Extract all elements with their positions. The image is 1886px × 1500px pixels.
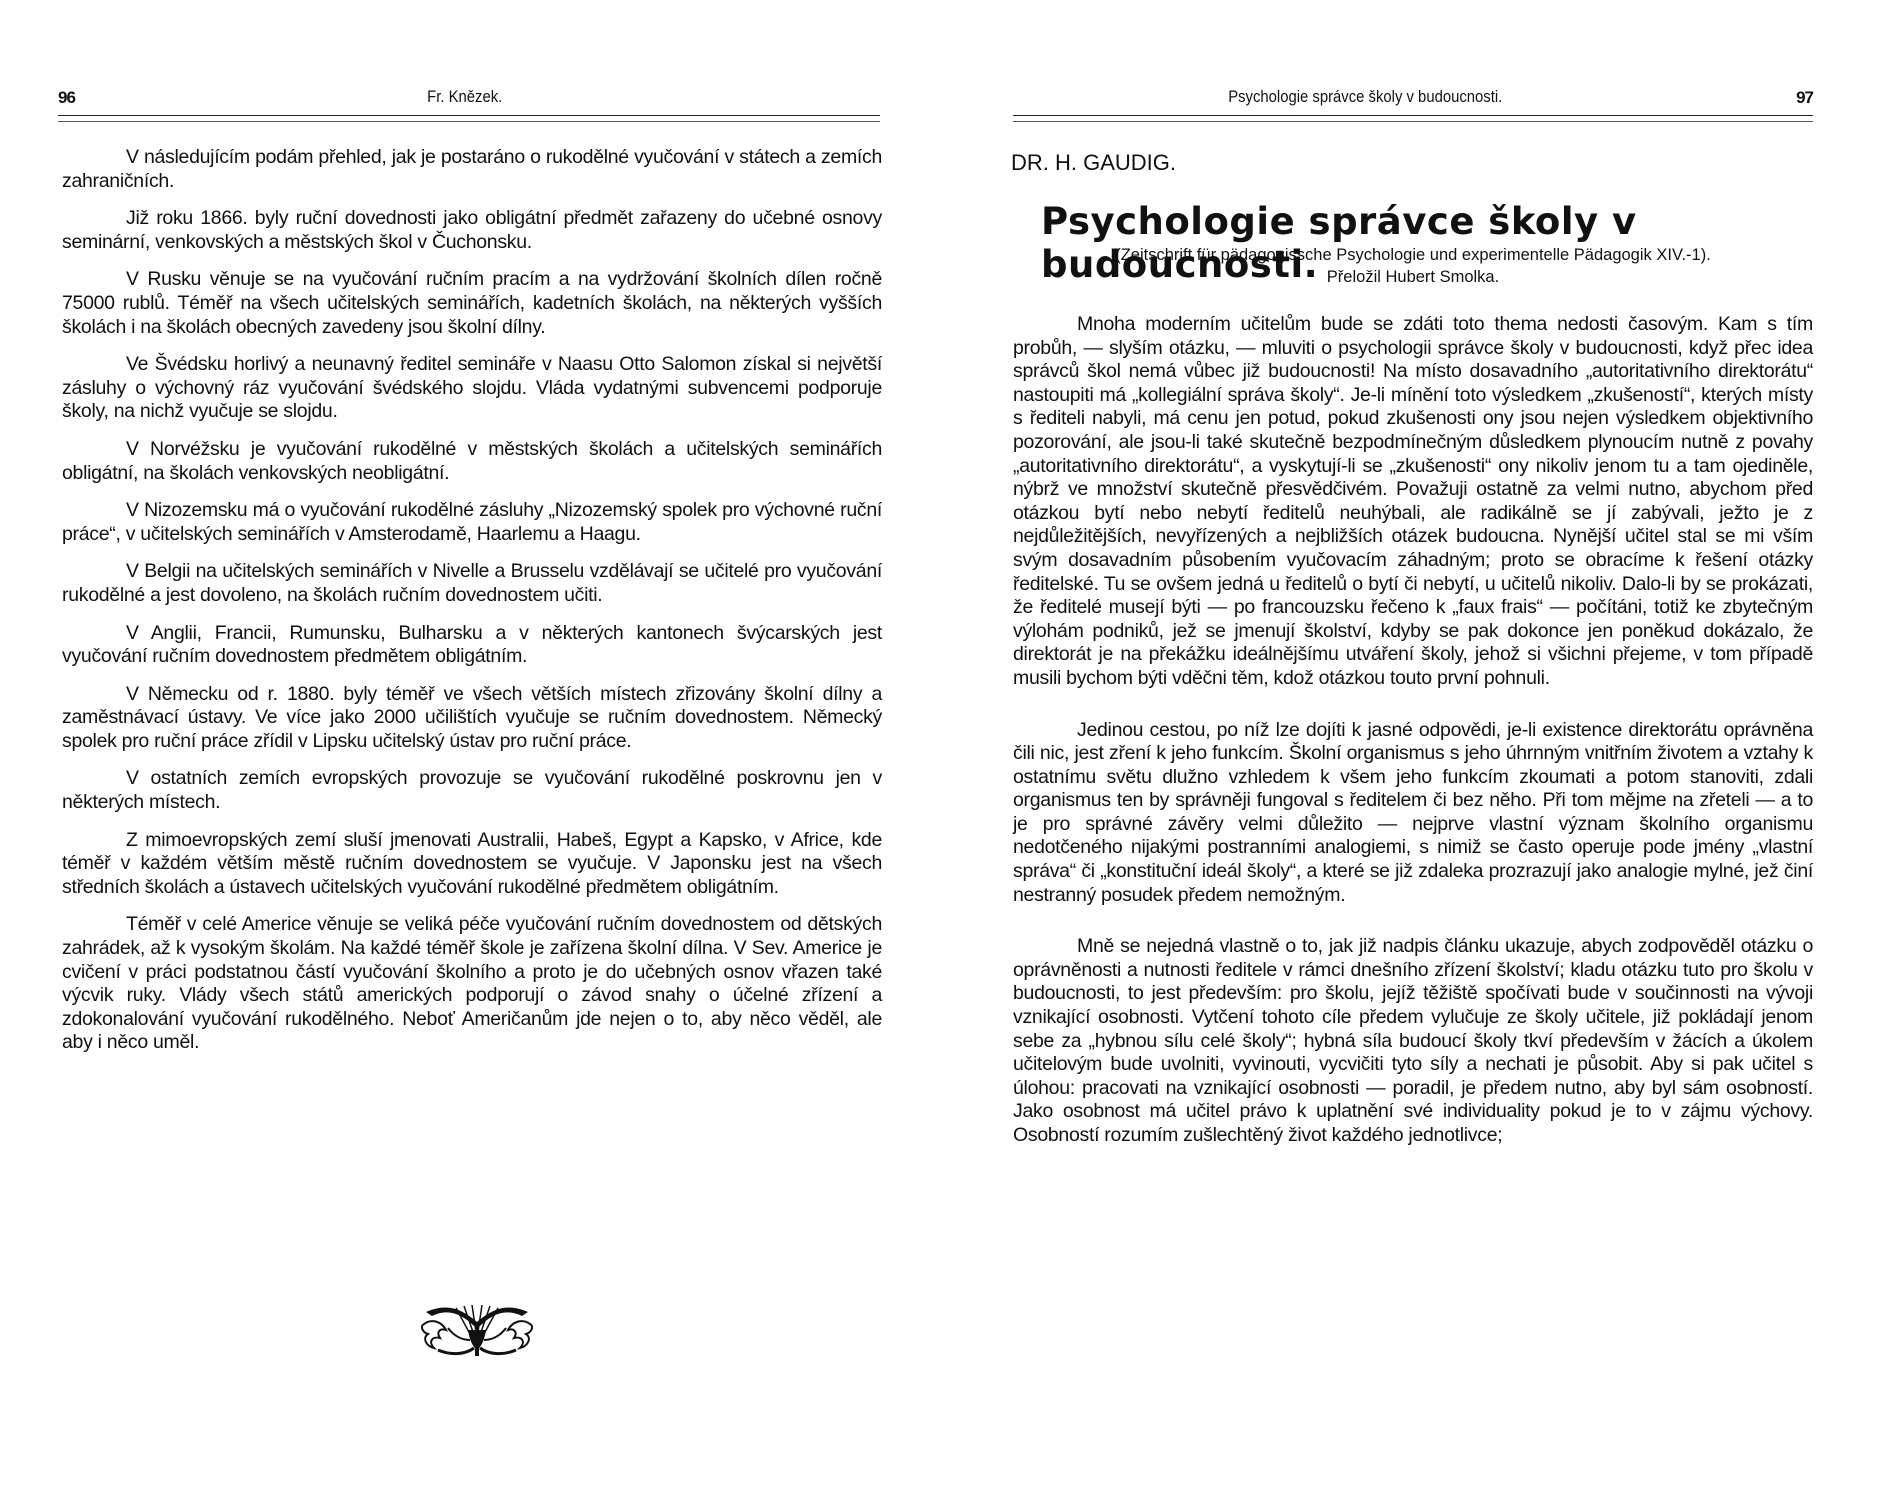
- running-head: Psychologie správce školy v budoucnosti.…: [1013, 88, 1813, 112]
- paragraph: Mně se nejedná vlastně o to, jak již nad…: [1013, 935, 1813, 1147]
- left-page: 96 Fr. Knězek. V následujícím podám přeh…: [0, 0, 943, 1500]
- paragraph: Z mimoevropských zemí sluší jmenovati Au…: [62, 829, 882, 900]
- floral-ornament-icon: [418, 1300, 536, 1362]
- paragraph: V Belgii na učitelských seminářích v Niv…: [62, 560, 882, 607]
- paragraph: V Nizozemsku má o vyučování rukodělné zá…: [62, 499, 882, 546]
- paragraph: V Anglii, Francii, Rumunsku, Bulharsku a…: [62, 622, 882, 669]
- paragraph: V ostatních zemích evropských provozuje …: [62, 767, 882, 814]
- paragraph: Téměř v celé Americe věnuje se veliká pé…: [62, 913, 882, 1055]
- translator-credit: Přeložil Hubert Smolka.: [1043, 268, 1783, 287]
- page-number: 96: [58, 88, 75, 108]
- header-rule: [1013, 115, 1813, 122]
- header-rule: [58, 115, 880, 122]
- page-number: 97: [1796, 88, 1813, 108]
- paragraph: V Rusku věnuje se na vyučování ručním pr…: [62, 268, 882, 339]
- body-text: Mnoha moderním učitelům bude se zdáti to…: [1013, 313, 1813, 1162]
- running-head-title: Fr. Knězek.: [427, 88, 502, 107]
- running-head: 96 Fr. Knězek.: [58, 88, 880, 112]
- right-page: Psychologie správce školy v budoucnosti.…: [943, 0, 1886, 1500]
- paragraph: Již roku 1866. byly ruční dovednosti jak…: [62, 207, 882, 254]
- paragraph: V následujícím podám přehled, jak je pos…: [62, 146, 882, 193]
- paragraph: Mnoha moderním učitelům bude se zdáti to…: [1013, 313, 1813, 691]
- body-text: V následujícím podám přehled, jak je pos…: [62, 146, 882, 1069]
- author-name: DR. H. GAUDIG.: [1011, 150, 1176, 176]
- running-head-title: Psychologie správce školy v budoucnosti.: [1228, 88, 1502, 107]
- paragraph: Jedinou cestou, po níž lze dojíti k jasn…: [1013, 719, 1813, 908]
- paragraph: V Norvéžsku je vyučování rukodělné v měs…: [62, 438, 882, 485]
- paragraph: V Německu od r. 1880. byly téměř ve všec…: [62, 683, 882, 754]
- article-subtitle: (Zeitschrift für pädagogissche Psycholog…: [1043, 246, 1783, 265]
- paragraph: Ve Švédsku horlivý a neunavný ředitel se…: [62, 353, 882, 424]
